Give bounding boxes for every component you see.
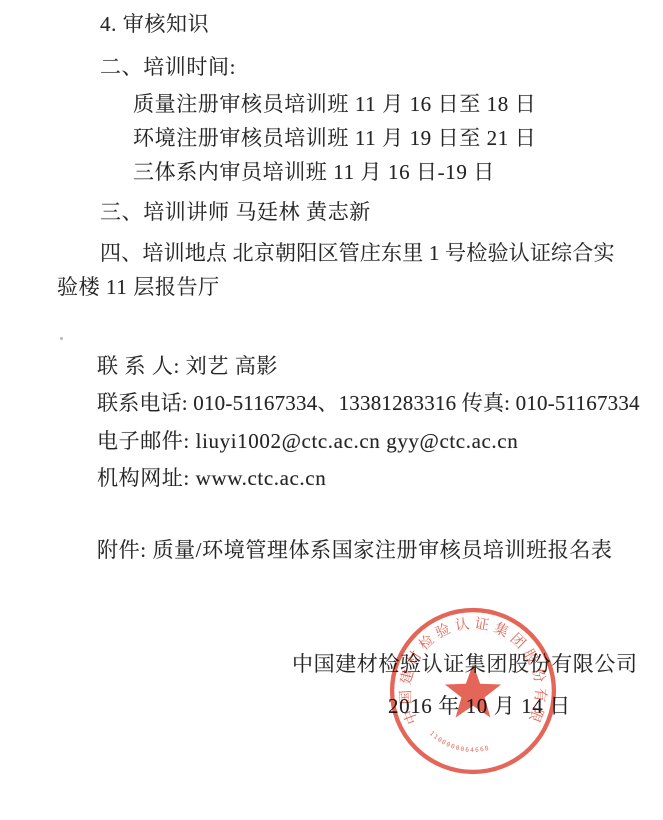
contact-website-line: 机构网址: www.ctc.ac.cn <box>97 462 326 492</box>
scan-artifact-dot <box>60 337 63 340</box>
signature-date: 2016 年 10 月 14 日 <box>388 690 571 720</box>
contact-phone-line: 联系电话: 010-51167334、13381283316 传真: 010-5… <box>97 387 640 417</box>
contact-person-line: 联 系 人: 刘艺 高影 <box>97 350 278 380</box>
schedule-line-environment: 环境注册审核员培训班 11 月 19 日至 21 日 <box>133 122 536 152</box>
section-heading-location-line2: 验楼 11 层报告厅 <box>57 271 220 301</box>
signature-company-name: 中国建材检验认证集团股份有限公司 <box>292 648 638 678</box>
schedule-line-three-system: 三体系内审员培训班 11 月 16 日-19 日 <box>133 156 495 186</box>
section-heading-trainers: 三、培训讲师 马廷林 黄志新 <box>100 196 371 226</box>
list-item-audit-knowledge: 4. 审核知识 <box>100 8 209 38</box>
contact-email-line: 电子邮件: liuyi1002@ctc.ac.cn gyy@ctc.ac.cn <box>97 425 518 455</box>
seal-code-text: 1100000064668 <box>428 730 491 754</box>
scanned-document-page: 4. 审核知识 二、培训时间: 质量注册审核员培训班 11 月 16 日至 18… <box>0 0 663 820</box>
attachment-line: 附件: 质量/环境管理体系国家注册审核员培训班报名表 <box>97 534 613 564</box>
section-heading-training-time: 二、培训时间: <box>100 51 236 81</box>
schedule-line-quality: 质量注册审核员培训班 11 月 16 日至 18 日 <box>133 88 536 118</box>
section-heading-location-line1: 四、培训地点 北京朝阳区管庄东里 1 号检验认证综合实 <box>100 237 615 267</box>
